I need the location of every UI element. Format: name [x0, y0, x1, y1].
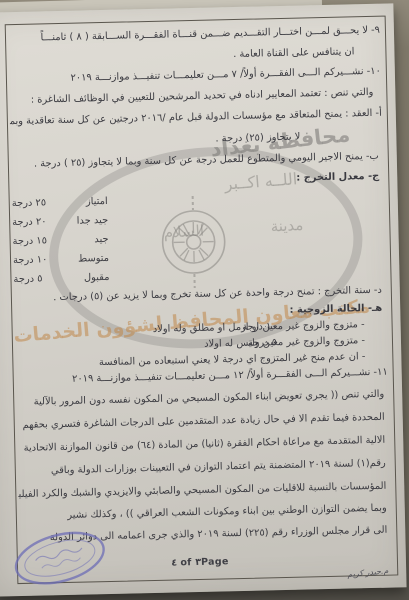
grade-row: جيد جدا٢٠ درجة	[12, 214, 108, 235]
document-page: محافظة بغداد اللــه اكــبر مدينة السلام	[0, 3, 407, 596]
grade-row: متوسط١٠ درجة	[13, 252, 109, 273]
points-value: ٥ درجة	[248, 336, 277, 350]
grade-value: ١٥ درجة	[12, 234, 47, 254]
grade-value: ٢٥ درجة	[12, 196, 47, 216]
grade-label: امتياز	[86, 195, 108, 214]
grade-label: جيد	[94, 233, 109, 252]
grade-label: مقبول	[84, 271, 110, 291]
grade-value: ٥ درجة	[13, 272, 42, 292]
grade-value: ٢٠ درجة	[12, 215, 47, 235]
points-value: ١٠ درجة	[242, 320, 277, 334]
grade-label: متوسط	[78, 252, 109, 272]
grade-value: ١٠ درجة	[13, 253, 48, 273]
grade-row: مقبول٥ درجة	[13, 271, 109, 292]
document-lines: ٩- لا يحـــق لمـــن اختـــار التقـــديم …	[8, 18, 395, 582]
grade-row: جيد١٥ درجة	[12, 233, 108, 254]
grade-label: جيد جدا	[77, 214, 109, 234]
photo-background: محافظة بغداد اللــه اكــبر مدينة السلام	[0, 0, 409, 600]
grade-row: امتياز٢٥ درجة	[12, 195, 108, 216]
